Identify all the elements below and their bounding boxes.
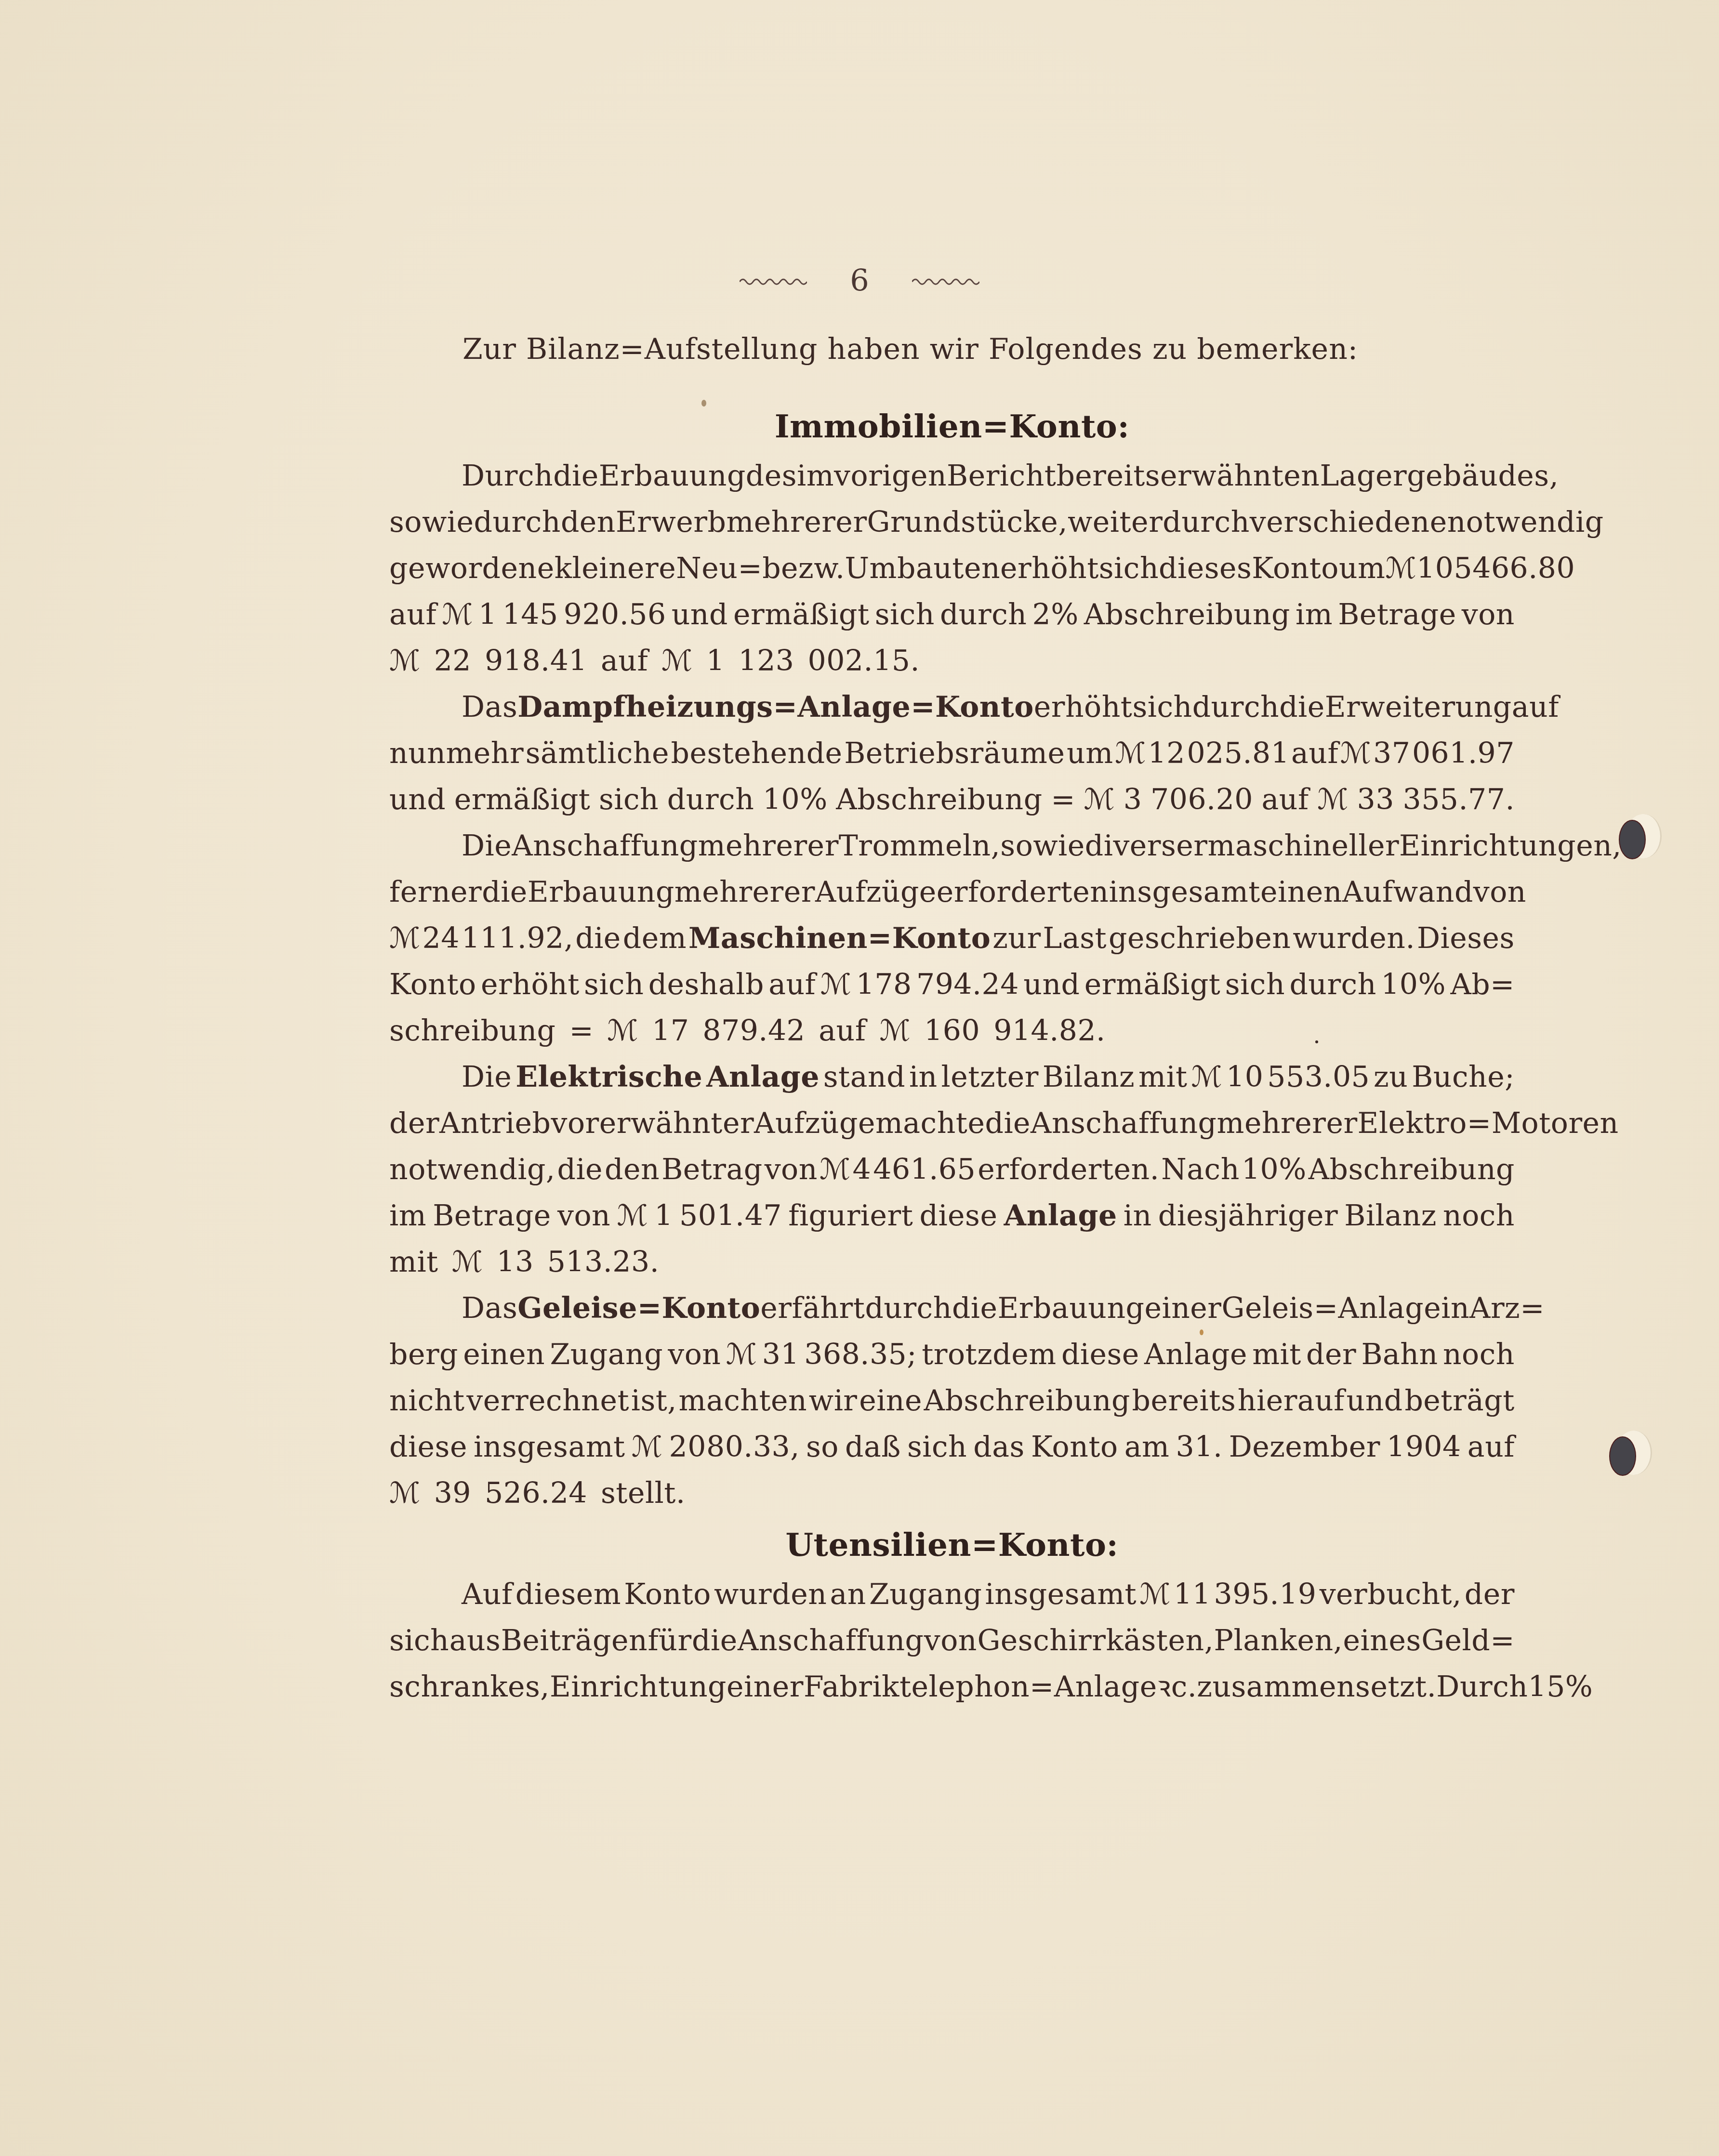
paper-speck <box>701 400 706 407</box>
intro-sentence: Zur Bilanz=Aufstellung haben wir Folgend… <box>463 332 1358 366</box>
text-line: DieElektrischeAnlagestandinletzterBilanz… <box>389 1054 1515 1100</box>
text-line: mitℳ13513.23. <box>389 1239 1515 1285</box>
text-line: dieseinsgesamtℳ2080.33,sodaßsichdasKonto… <box>389 1424 1515 1470</box>
wave-ornament-right-icon <box>912 273 979 288</box>
section-heading: Immobilien=Konto: <box>389 400 1515 453</box>
text-line: DurchdieErbauungdesimvorigenBerichtberei… <box>389 453 1515 499</box>
text-line: ℳ24111.92,diedemMaschinen=KontozurLastge… <box>389 915 1515 961</box>
text-line: imBetragevonℳ1501.47figuriertdieseAnlage… <box>389 1193 1515 1239</box>
paragraph-dampfheizung: DasDampfheizungs=Anlage=Kontoerhöhtsichd… <box>389 684 1515 823</box>
wave-ornament-left-icon <box>740 273 807 288</box>
text-line: ℳ22918.41aufℳ1123002.15. <box>389 638 1515 684</box>
text-line: DieAnschaffungmehrererTrommeln,sowiedive… <box>389 823 1515 869</box>
text-line: sichausBeiträgenfürdieAnschaffungvonGesc… <box>389 1617 1515 1664</box>
section-immobilien: Immobilien=Konto: DurchdieErbauungdesimv… <box>389 400 1515 1710</box>
page-header: 6 <box>0 260 1719 298</box>
text-line: schrankes,EinrichtungeinerFabriktelephon… <box>389 1664 1515 1710</box>
punch-hole-icon <box>1609 1431 1653 1477</box>
text-line: schreibung=ℳ17879.42aufℳ160914.82. <box>389 1008 1515 1054</box>
text-line: DasGeleise=KontoerfährtdurchdieErbauunge… <box>389 1285 1515 1331</box>
paragraph-elektrische-anlage: DieElektrischeAnlagestandinletzterBilanz… <box>389 1054 1515 1285</box>
punch-hole-icon <box>1619 814 1662 860</box>
text-line: fernerdieErbauungmehrererAufzügeerforder… <box>389 869 1515 915</box>
paragraph-immobilien: DurchdieErbauungdesimvorigenBerichtberei… <box>389 453 1515 684</box>
text-line: sowiedurchdenErwerbmehrererGrundstücke,w… <box>389 499 1515 545</box>
text-line: undermäßigtsichdurch10%Abschreibung=ℳ370… <box>389 776 1515 823</box>
section-heading: Utensilien=Konto: <box>389 1518 1515 1571</box>
text-line: AufdiesemKontowurdenanZuganginsgesamtℳ11… <box>389 1571 1515 1617</box>
text-line: gewordenekleinereNeu=bezw.Umbautenerhöht… <box>389 545 1515 592</box>
text-line: aufℳ1145920.56undermäßigtsichdurch2%Absc… <box>389 592 1515 638</box>
paper-speck <box>1200 1329 1203 1335</box>
document-page: 6 Zur Bilanz=Aufstellung haben wir Folge… <box>0 0 1719 2156</box>
text-line: nichtverrechnetist,machtenwireineAbschre… <box>389 1378 1515 1424</box>
paragraph-utensilien: AufdiesemKontowurdenanZuganginsgesamtℳ11… <box>389 1571 1515 1710</box>
paper-speck <box>1315 1040 1318 1043</box>
text-line: Kontoerhöhtsichdeshalbaufℳ178794.24under… <box>389 961 1515 1008</box>
page-number: 6 <box>850 263 869 298</box>
text-line: derAntriebvorerwähnterAufzügemachtedieAn… <box>389 1100 1515 1146</box>
text-line: ℳ39526.24stellt. <box>389 1470 1515 1516</box>
paragraph-maschinen: DieAnschaffungmehrererTrommeln,sowiedive… <box>389 823 1515 1054</box>
paragraph-geleise: DasGeleise=KontoerfährtdurchdieErbauunge… <box>389 1285 1515 1516</box>
text-line: nunmehrsämtlichebestehendeBetriebsräumeu… <box>389 730 1515 776</box>
text-line: DasDampfheizungs=Anlage=Kontoerhöhtsichd… <box>389 684 1515 730</box>
text-line: bergeinenZugangvonℳ31368.35;trotzdemdies… <box>389 1331 1515 1378</box>
text-line: notwendig,diedenBetragvonℳ4461.65erforde… <box>389 1146 1515 1193</box>
